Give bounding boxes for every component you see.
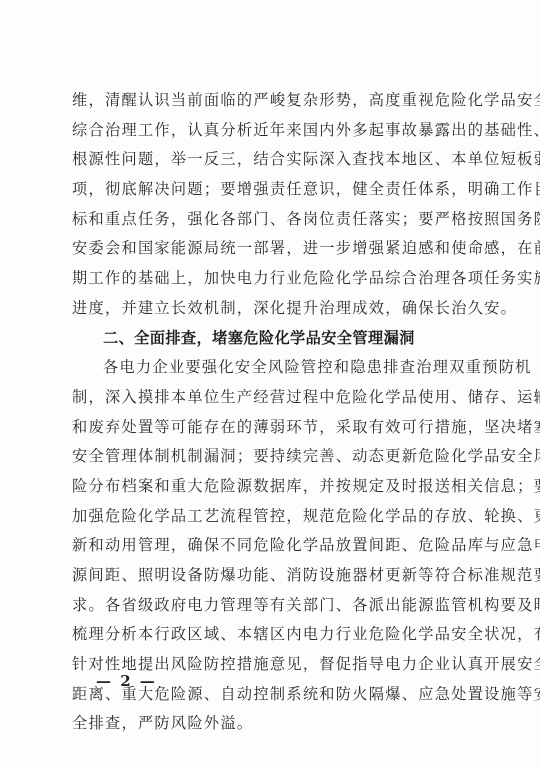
text-line: 各电力企业要强化安全风险管控和隐患排查治理双重预防机 bbox=[72, 353, 464, 383]
text-line: 项，彻底解决问题；要增强责任意识，健全责任体系，明确工作目 bbox=[72, 175, 464, 205]
text-line: 全排查，严防风险外溢。 bbox=[72, 709, 464, 739]
text-line: 梳理分析本行政区域、本辖区内电力行业危险化学品安全状况，有 bbox=[72, 620, 464, 650]
text-line: 加强危险化学品工艺流程管控，规范危险化学品的存放、轮换、更 bbox=[72, 502, 464, 532]
text-line: 根源性问题，举一反三，结合实际深入查找本地区、本单位短板弱 bbox=[72, 145, 464, 175]
section-heading: 二、全面排查，堵塞危险化学品安全管理漏洞 bbox=[72, 324, 464, 354]
text-line: 标和重点任务，强化各部门、各岗位责任落实；要严格按照国务院 bbox=[72, 205, 464, 235]
text-line: 求。各省级政府电力管理等有关部门、各派出能源监管机构要及时 bbox=[72, 591, 464, 621]
document-page: 维，清醒认识当前面临的严峻复杂形势，高度重视危险化学品安全 综合治理工作，认真分… bbox=[0, 0, 540, 768]
text-line: 期工作的基础上，加快电力行业危险化学品综合治理各项任务实施 bbox=[72, 264, 464, 294]
text-line: 进度，并建立长效机制，深化提升治理成效，确保长治久安。 bbox=[72, 294, 464, 324]
text-line: 和废弃处置等可能存在的薄弱环节，采取有效可行措施，坚决堵塞 bbox=[72, 413, 464, 443]
page-number: — 2 — bbox=[96, 672, 157, 690]
document-body: 维，清醒认识当前面临的严峻复杂形势，高度重视危险化学品安全 综合治理工作，认真分… bbox=[72, 86, 464, 739]
text-line: 安委会和国家能源局统一部署，进一步增强紧迫感和使命感，在前 bbox=[72, 234, 464, 264]
text-line: 险分布档案和重大危险源数据库，并按规定及时报送相关信息；要 bbox=[72, 472, 464, 502]
text-line: 维，清醒认识当前面临的严峻复杂形势，高度重视危险化学品安全 bbox=[72, 86, 464, 116]
text-line: 安全管理体制机制漏洞；要持续完善、动态更新危险化学品安全风 bbox=[72, 442, 464, 472]
text-line: 新和动用管理，确保不同危险化学品放置间距、危险品库与应急电 bbox=[72, 531, 464, 561]
text-line: 综合治理工作，认真分析近年来国内外多起事故暴露出的基础性、 bbox=[72, 116, 464, 146]
text-line: 源间距、照明设备防爆功能、消防设施器材更新等符合标准规范要 bbox=[72, 561, 464, 591]
text-line: 制，深入摸排本单位生产经营过程中危险化学品使用、储存、运输 bbox=[72, 383, 464, 413]
